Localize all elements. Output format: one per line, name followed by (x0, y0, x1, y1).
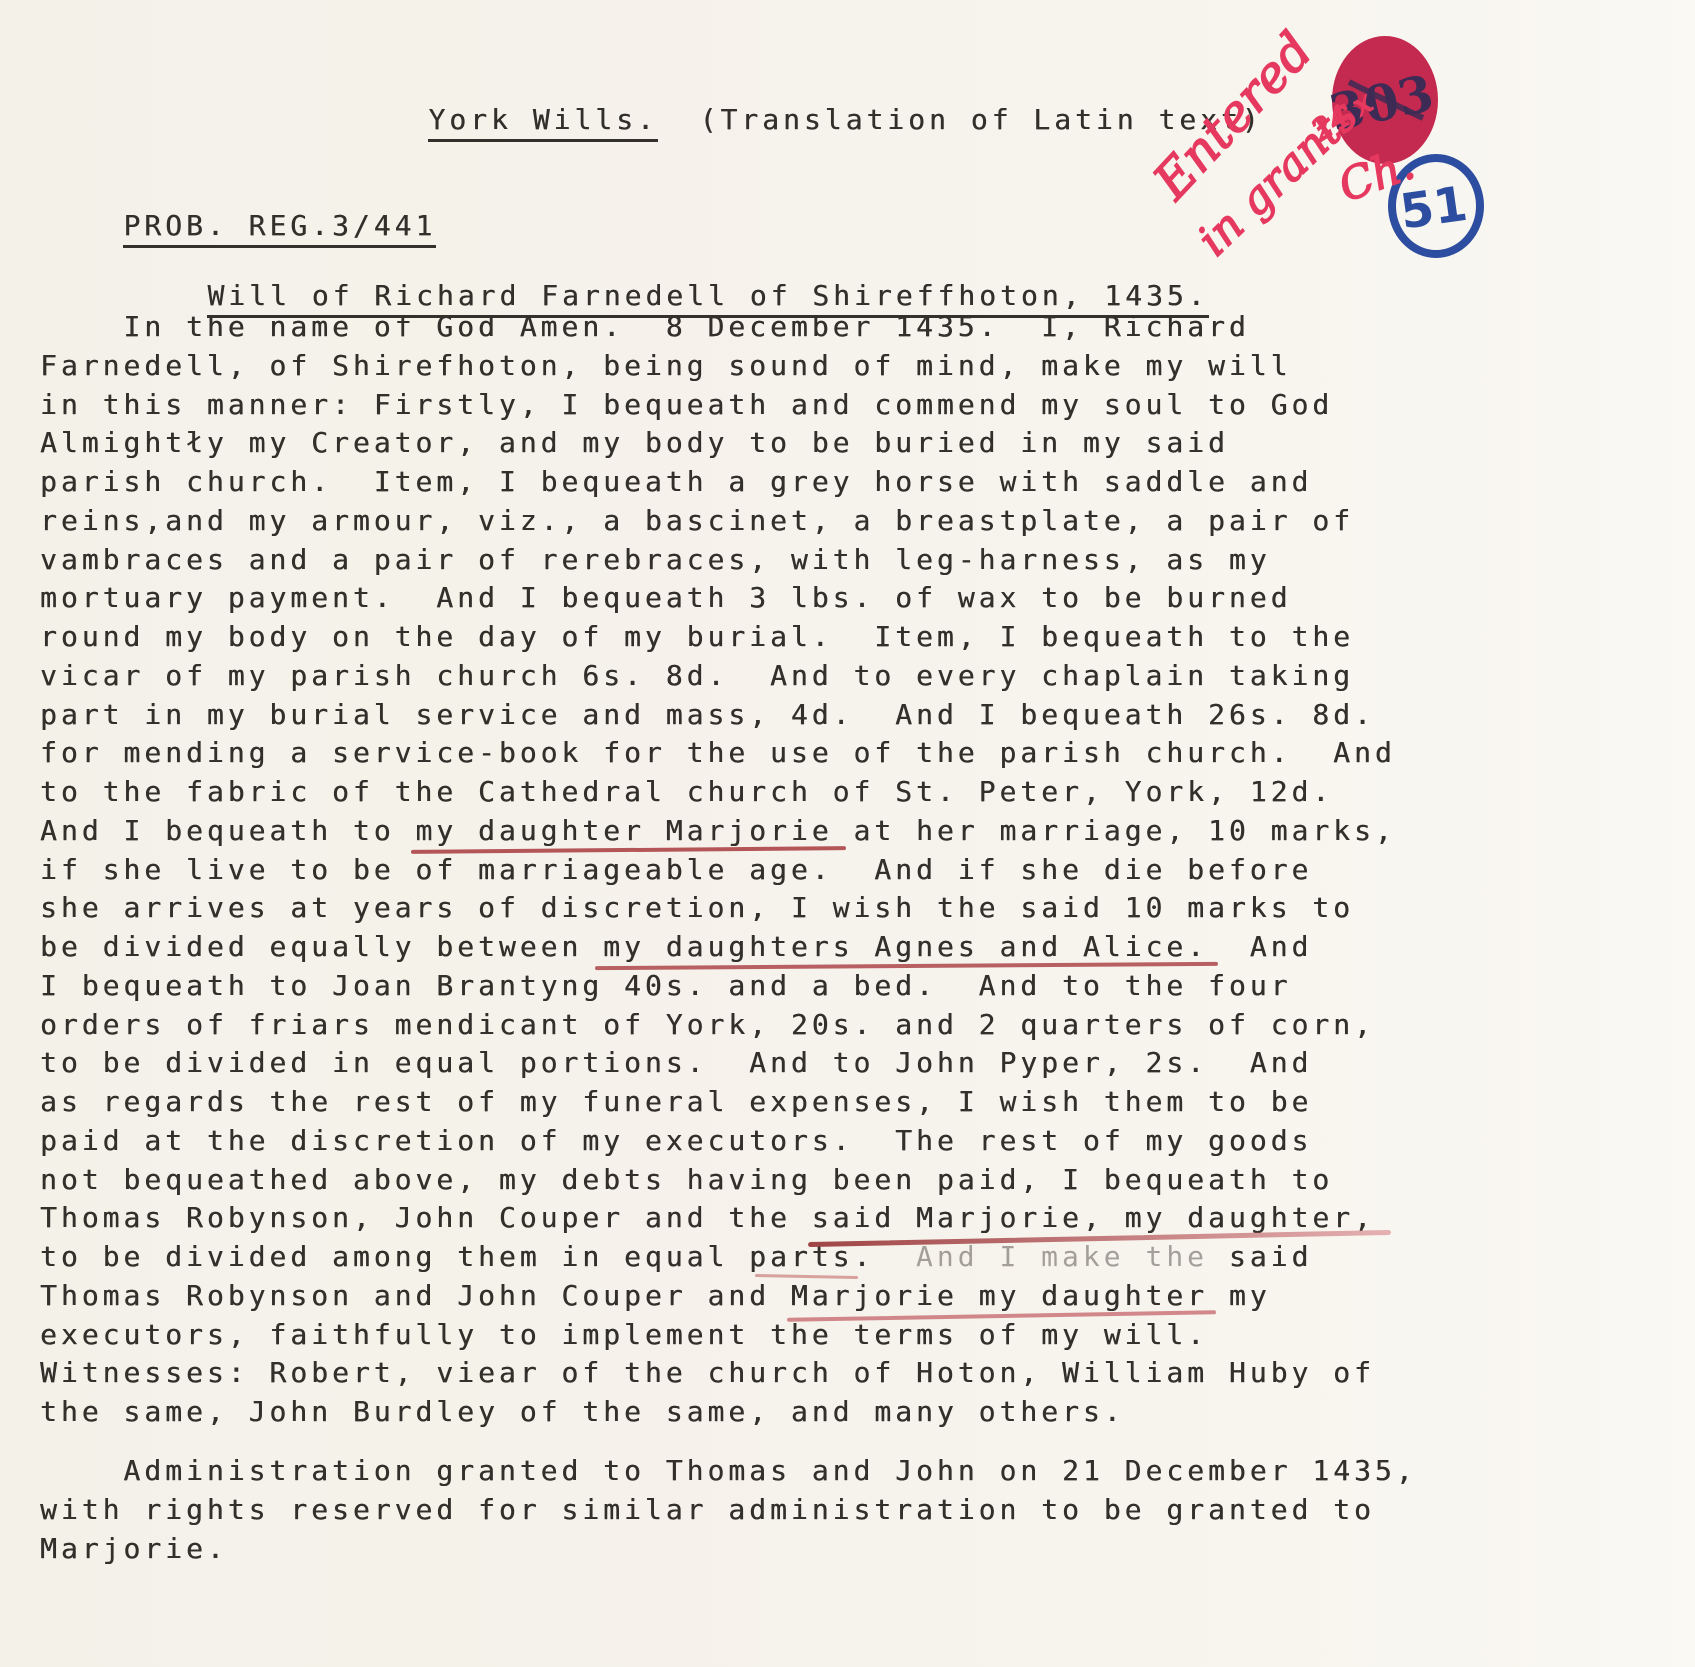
text-line: vambraces and a pair of rerebraces, with… (40, 541, 1396, 580)
text-segment: be divided equally between (40, 930, 603, 963)
text-line: In the name of God Amen. 8 December 1435… (40, 308, 1396, 347)
text-line: executors, faithfully to implement the t… (40, 1316, 1396, 1355)
text-segment: executors, faithfully to implement the t… (40, 1318, 1208, 1351)
text-segment: with rights reserved for similar adminis… (40, 1493, 1375, 1526)
text-segment: if she live to be of marriageable age. A… (40, 853, 1312, 886)
text-segment: for mending a service-book for the use o… (40, 736, 1396, 769)
text-segment: part in my burial service and mass, 4d. … (40, 698, 1375, 731)
text-line: Administration granted to Thomas and Joh… (40, 1452, 1417, 1491)
will-body: In the name of God Amen. 8 December 1435… (40, 308, 1396, 1432)
text-segment: round my body on the day of my burial. I… (40, 620, 1354, 653)
text-segment: Almightły my Creator, and my body to be … (40, 426, 1229, 459)
text-segment: parish church. Item, I bequeath a grey h… (40, 465, 1312, 498)
text-segment: And (1208, 930, 1312, 963)
text-segment: the same, John Burdley of the same, and … (40, 1395, 1125, 1428)
text-line: orders of friars mendicant of York, 20s.… (40, 1006, 1396, 1045)
text-line: be divided equally between my daughters … (40, 928, 1396, 967)
text-line: parish church. Item, I bequeath a grey h… (40, 463, 1396, 502)
text-line: in this manner: Firstly, I bequeath and … (40, 386, 1396, 425)
text-line: if she live to be of marriageable age. A… (40, 851, 1396, 890)
text-segment-ru4: Marjorie my daughter (791, 1279, 1208, 1312)
text-line: reins,and my armour, viz., a bascinet, a… (40, 502, 1396, 541)
text-segment: to be divided among them in equal (40, 1240, 749, 1273)
text-line: part in my burial service and mass, 4d. … (40, 696, 1396, 735)
text-segment: orders of friars mendicant of York, 20s.… (40, 1008, 1375, 1041)
text-segment: And I bequeath to (40, 814, 415, 847)
text-segment: she arrives at years of discretion, I wi… (40, 891, 1354, 924)
text-line: vicar of my parish church 6s. 8d. And to… (40, 657, 1396, 696)
text-line: And I bequeath to my daughter Marjorie a… (40, 812, 1396, 851)
text-line: round my body on the day of my burial. I… (40, 618, 1396, 657)
text-segment: not bequeathed above, my debts having be… (40, 1163, 1333, 1196)
text-segment: paid at the discretion of my executors. … (40, 1124, 1312, 1157)
text-line: with rights reserved for similar adminis… (40, 1491, 1417, 1530)
text-segment: to be divided in equal portions. And to … (40, 1046, 1312, 1079)
text-line: Almightły my Creator, and my body to be … (40, 424, 1396, 463)
text-line: Thomas Robynson and John Couper and Marj… (40, 1277, 1396, 1316)
text-segment: Thomas Robynson and John Couper and (40, 1279, 791, 1312)
text-line: not bequeathed above, my debts having be… (40, 1161, 1396, 1200)
text-segment: reins,and my armour, viz., a bascinet, a… (40, 504, 1354, 537)
document-page: York Wills. (Translation of Latin text) … (0, 0, 1695, 1667)
text-segment: Thomas Robynson, John Couper and the (40, 1201, 812, 1234)
text-line: Marjorie. (40, 1530, 1417, 1569)
text-segment: my (1208, 1279, 1271, 1312)
text-segment: at her marriage, 10 marks, (833, 814, 1396, 847)
text-segment: in this manner: Firstly, I bequeath and … (40, 388, 1333, 421)
text-segment: Witnesses: Robert, viear of the church o… (40, 1356, 1375, 1389)
administration-note: Administration granted to Thomas and Joh… (40, 1452, 1417, 1568)
text-segment: as regards the rest of my funeral expens… (40, 1085, 1312, 1118)
page-title-underlined: York Wills. (428, 103, 657, 142)
text-line: the same, John Burdley of the same, and … (40, 1393, 1396, 1432)
text-line: Witnesses: Robert, viear of the church o… (40, 1354, 1396, 1393)
annotation-layer: 303 51 Entered in grants 24 x Ch. (1048, 0, 1668, 300)
text-segment: mortuary payment. And I bequeath 3 lbs. … (40, 581, 1291, 614)
text-line: she arrives at years of discretion, I wi… (40, 889, 1396, 928)
text-line: Thomas Robynson, John Couper and the sai… (40, 1199, 1396, 1238)
text-segment: Farnedell, of Shirefhoton, being sound o… (40, 349, 1291, 382)
text-line: to be divided among them in equal parts.… (40, 1238, 1396, 1277)
text-segment: I bequeath to Joan Brantyng 40s. and a b… (40, 969, 1291, 1002)
text-segment: said (1229, 1240, 1312, 1273)
text-line: to the fabric of the Cathedral church of… (40, 773, 1396, 812)
text-segment: Marjorie. (40, 1532, 228, 1565)
text-segment-ru1: my daughter Marjorie (415, 814, 832, 847)
text-line: for mending a service-book for the use o… (40, 734, 1396, 773)
text-segment-tail: parts. (749, 1240, 874, 1273)
text-segment: In the name of God Amen. 8 December 1435… (40, 310, 1250, 343)
text-line: to be divided in equal portions. And to … (40, 1044, 1396, 1083)
text-segment: Administration granted to Thomas and Joh… (40, 1454, 1417, 1487)
text-segment: to the fabric of the Cathedral church of… (40, 775, 1333, 808)
text-line: mortuary payment. And I bequeath 3 lbs. … (40, 579, 1396, 618)
text-segment: vambraces and a pair of rerebraces, with… (40, 543, 1271, 576)
text-line: paid at the discretion of my executors. … (40, 1122, 1396, 1161)
text-line: Farnedell, of Shirefhoton, being sound o… (40, 347, 1396, 386)
text-segment-ru2: my daughters Agnes and Alice. (603, 930, 1208, 963)
text-line: as regards the rest of my funeral expens… (40, 1083, 1396, 1122)
text-segment: vicar of my parish church 6s. 8d. And to… (40, 659, 1354, 692)
text-segment-ru3: said Marjorie, my daughter, (812, 1201, 1375, 1234)
text-line: I bequeath to Joan Brantyng 40s. and a b… (40, 967, 1396, 1006)
text-segment-faint: And I make the (874, 1240, 1229, 1273)
